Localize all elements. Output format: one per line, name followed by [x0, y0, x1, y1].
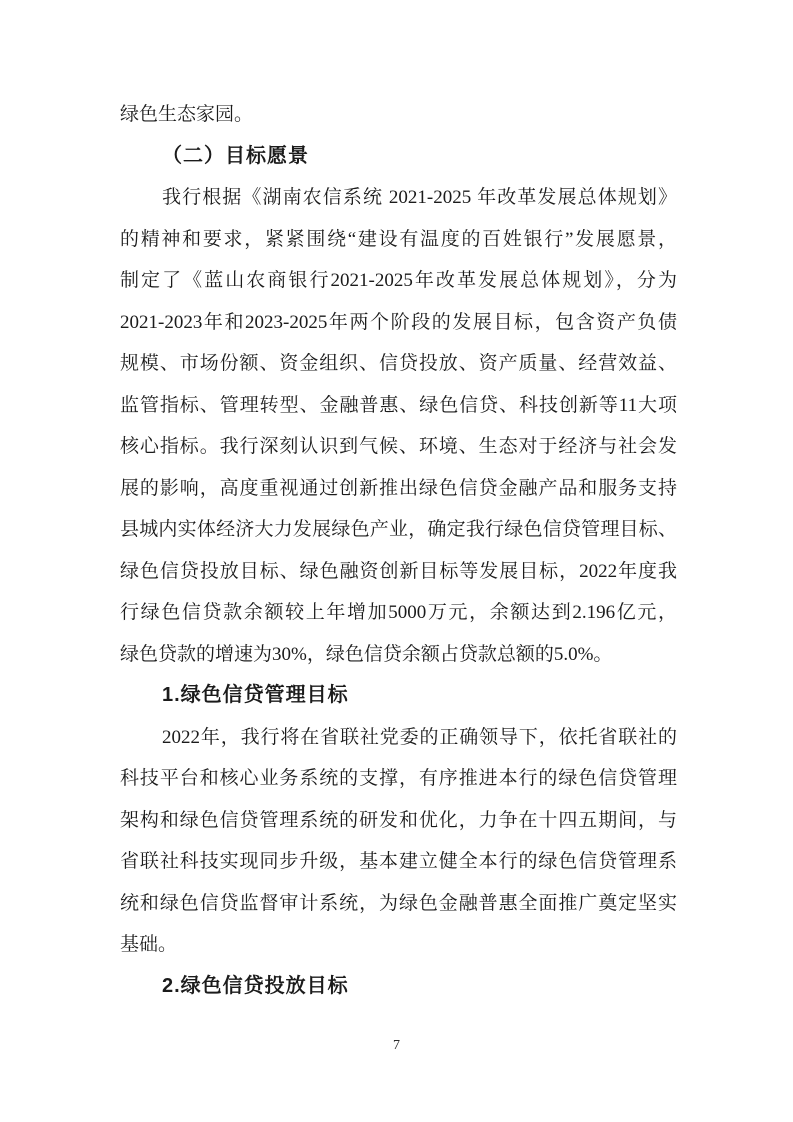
- paragraph-line: 2022年，我行将在省联社党委的正确领导下，依托省联社的: [120, 717, 677, 759]
- section-heading: （二）目标愿景: [120, 136, 677, 178]
- section-heading: 2.绿色信贷投放目标: [120, 966, 677, 1008]
- paragraph-line: 绿色信贷投放目标、绿色融资创新目标等发展目标，2022年度我: [120, 551, 677, 593]
- paragraph-line: 绿色生态家园。: [120, 94, 677, 136]
- paragraph-line: 统和绿色信贷监督审计系统，为绿色金融普惠全面推广奠定坚实: [120, 883, 677, 925]
- paragraph-line: 我行根据《湖南农信系统 2021-2025 年改革发展总体规划》: [120, 177, 677, 219]
- paragraph-line: 的精神和要求，紧紧围绕“建设有温度的百姓银行”发展愿景，: [120, 219, 677, 261]
- document-page: 绿色生态家园。（二）目标愿景我行根据《湖南农信系统 2021-2025 年改革发…: [0, 0, 793, 1122]
- paragraph-line: 架构和绿色信贷管理系统的研发和优化，力争在十四五期间，与: [120, 800, 677, 842]
- paragraph-line: 科技平台和核心业务系统的支撑，有序推进本行的绿色信贷管理: [120, 758, 677, 800]
- paragraph-line: 县城内实体经济大力发展绿色产业，确定我行绿色信贷管理目标、: [120, 509, 677, 551]
- paragraph-line: 基础。: [120, 924, 677, 966]
- document-text-area: 绿色生态家园。（二）目标愿景我行根据《湖南农信系统 2021-2025 年改革发…: [120, 94, 677, 1007]
- paragraph-line: 绿色贷款的增速为30%，绿色信贷余额占贷款总额的5.0%。: [120, 634, 677, 676]
- paragraph-line: 2021-2023年和2023-2025年两个阶段的发展目标，包含资产负债: [120, 302, 677, 344]
- paragraph-line: 制定了《蓝山农商银行2021-2025年改革发展总体规划》，分为: [120, 260, 677, 302]
- paragraph-line: 展的影响，高度重视通过创新推出绿色信贷金融产品和服务支持: [120, 468, 677, 510]
- paragraph-line: 省联社科技实现同步升级，基本建立健全本行的绿色信贷管理系: [120, 841, 677, 883]
- section-heading: 1.绿色信贷管理目标: [120, 675, 677, 717]
- paragraph-line: 监管指标、管理转型、金融普惠、绿色信贷、科技创新等11大项: [120, 385, 677, 427]
- paragraph-line: 行绿色信贷款余额较上年增加5000万元，余额达到2.196亿元，: [120, 592, 677, 634]
- page-number: 7: [0, 1038, 793, 1054]
- paragraph-line: 核心指标。我行深刻认识到气候、环境、生态对于经济与社会发: [120, 426, 677, 468]
- paragraph-line: 规模、市场份额、资金组织、信贷投放、资产质量、经营效益、: [120, 343, 677, 385]
